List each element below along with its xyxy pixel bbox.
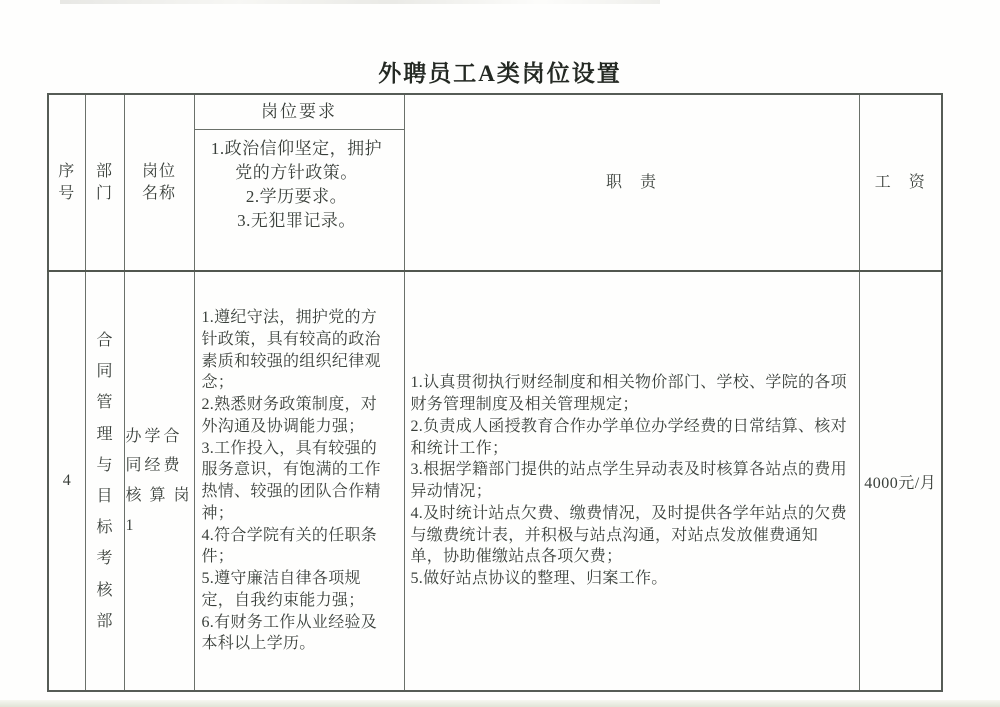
- duties-list: 1.认真贯彻执行财经制度和相关物价部门、学校、学院的各项财务管理制度及相关管理规…: [411, 372, 851, 590]
- requirements-list: 1.遵纪守法，拥护党的方针政策，具有较高的政治素质和较强的组织纪律观念；2.熟悉…: [202, 307, 388, 655]
- column-header-position: 岗位 名称: [124, 94, 194, 271]
- requirement-item: 2.熟悉财务政策制度，对外沟通及协调能力强；: [202, 394, 388, 438]
- requirement-item: 6.有财务工作从业经验及本科以上学历。: [202, 612, 388, 656]
- requirements-note-cell: 1.政治信仰坚定，拥护党的方针政策。2.学历要求。3.无犯罪记录。: [194, 130, 404, 272]
- positions-table: 序 号 部 门 岗位 名称 岗位要求 职 责 工 资 1.政治信仰坚定，拥护党的…: [47, 93, 943, 692]
- cell-position: 办学合 同经费 核算岗1: [124, 271, 194, 691]
- requirement-item: 5.遵守廉洁自律各项规定，自我约束能力强；: [202, 568, 388, 612]
- requirement-item: 3.工作投入，具有较强的服务意识，有饱满的工作热情、较强的团队合作精神；: [202, 438, 388, 525]
- position-name-text: 办学合 同经费 核算岗1: [126, 422, 193, 540]
- cell-duties: 1.认真贯彻执行财经制度和相关物价部门、学校、学院的各项财务管理制度及相关管理规…: [404, 271, 859, 691]
- column-header-dept: 部 门: [85, 94, 124, 271]
- document-page: 外聘员工A类岗位设置 序 号 部 门 岗位 名称 岗位要求 职 责 工 资 1.…: [0, 0, 1000, 707]
- requirement-note-item: 3.无犯罪记录。: [204, 209, 390, 233]
- duty-item: 5.做好站点协议的整理、归案工作。: [411, 568, 851, 590]
- duty-item: 2.负责成人函授教育合作办学单位办学经费的日常结算、核对和统计工作；: [411, 416, 851, 460]
- cell-dept: 合同管理与目标考核部: [85, 271, 124, 691]
- cell-seq: 4: [48, 271, 85, 691]
- scan-artifact-bottom: [0, 700, 1000, 707]
- cell-requirements: 1.遵纪守法，拥护党的方针政策，具有较高的政治素质和较强的组织纪律观念；2.熟悉…: [194, 271, 404, 691]
- column-header-duty: 职 责: [404, 94, 859, 271]
- column-header-requirements: 岗位要求: [194, 94, 404, 130]
- requirements-note-list: 1.政治信仰坚定，拥护党的方针政策。2.学历要求。3.无犯罪记录。: [204, 137, 390, 234]
- requirement-note-item: 2.学历要求。: [204, 185, 390, 209]
- dept-vertical-text: 合同管理与目标考核部: [95, 325, 113, 637]
- table-row: 4 合同管理与目标考核部 办学合 同经费 核算岗1 1.遵纪守法，拥护党的方针政…: [48, 271, 942, 691]
- column-header-salary: 工 资: [859, 94, 942, 271]
- requirement-note-item: 1.政治信仰坚定，拥护党的方针政策。: [204, 137, 390, 185]
- requirement-item: 1.遵纪守法，拥护党的方针政策，具有较高的政治素质和较强的组织纪律观念；: [202, 307, 388, 394]
- duty-item: 3.根据学籍部门提供的站点学生异动表及时核算各站点的费用异动情况；: [411, 459, 851, 503]
- scan-artifact-top: [60, 0, 660, 4]
- cell-salary: 4000元/月: [859, 271, 942, 691]
- column-header-seq: 序 号: [48, 94, 85, 271]
- duty-item: 4.及时统计站点欠费、缴费情况，及时提供各学年站点的欠费与缴费统计表，并积极与站…: [411, 503, 851, 568]
- page-title: 外聘员工A类岗位设置: [0, 55, 1000, 88]
- header-row: 序 号 部 门 岗位 名称 岗位要求 职 责 工 资: [48, 94, 942, 130]
- requirement-item: 4.符合学院有关的任职条件；: [202, 525, 388, 569]
- duty-item: 1.认真贯彻执行财经制度和相关物价部门、学校、学院的各项财务管理制度及相关管理规…: [411, 372, 851, 416]
